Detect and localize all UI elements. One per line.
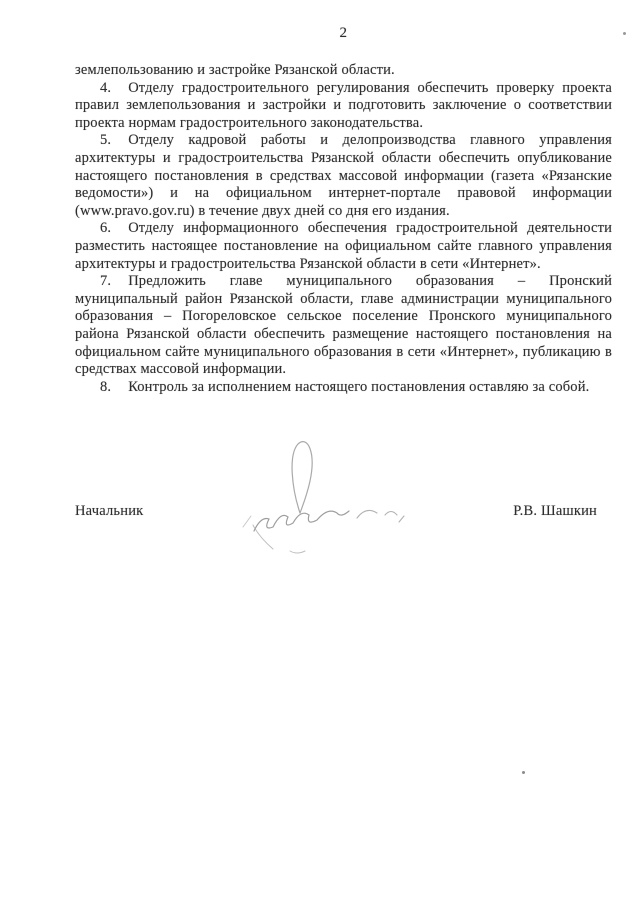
page-number: 2 — [75, 25, 612, 42]
paragraph-number: 7. — [100, 273, 111, 289]
paragraph-number: 4. — [100, 80, 111, 96]
scanned-document-page: 2 землепользованию и застройке Рязанской… — [0, 0, 640, 905]
handwritten-signature-icon — [238, 437, 418, 563]
signature-row: Начальник Р.В. Шашкин — [75, 503, 597, 520]
paragraph-item-4: 4.Отделу градостроительного регулировани… — [75, 80, 612, 133]
paragraph-item-7: 7.Предложить главе муниципального образо… — [75, 273, 612, 379]
paragraph-text: Контроль за исполнением настоящего поста… — [128, 379, 589, 395]
paragraph-text: Отделу градостроительного регулирования … — [75, 80, 612, 131]
paragraph-text: Отделу информационного обеспечения градо… — [75, 220, 612, 271]
scan-speck — [623, 32, 626, 35]
paragraph-text: Предложить главе муниципального образова… — [75, 273, 612, 377]
paragraph-item-6: 6.Отделу информационного обеспечения гра… — [75, 220, 612, 273]
document-body: землепользованию и застройке Рязанской о… — [75, 62, 612, 396]
scan-speck — [522, 771, 525, 774]
paragraph-continuation: землепользованию и застройке Рязанской о… — [75, 62, 612, 80]
paragraph-text: Отделу кадровой работы и делопроизводств… — [75, 132, 612, 218]
signatory-name: Р.В. Шашкин — [513, 503, 597, 520]
paragraph-number: 6. — [100, 220, 111, 236]
signatory-title: Начальник — [75, 503, 143, 520]
paragraph-item-8: 8.Контроль за исполнением настоящего пос… — [75, 379, 612, 397]
paragraph-number: 8. — [100, 379, 111, 395]
paragraph-item-5: 5.Отделу кадровой работы и делопроизводс… — [75, 132, 612, 220]
paragraph-number: 5. — [100, 132, 111, 148]
